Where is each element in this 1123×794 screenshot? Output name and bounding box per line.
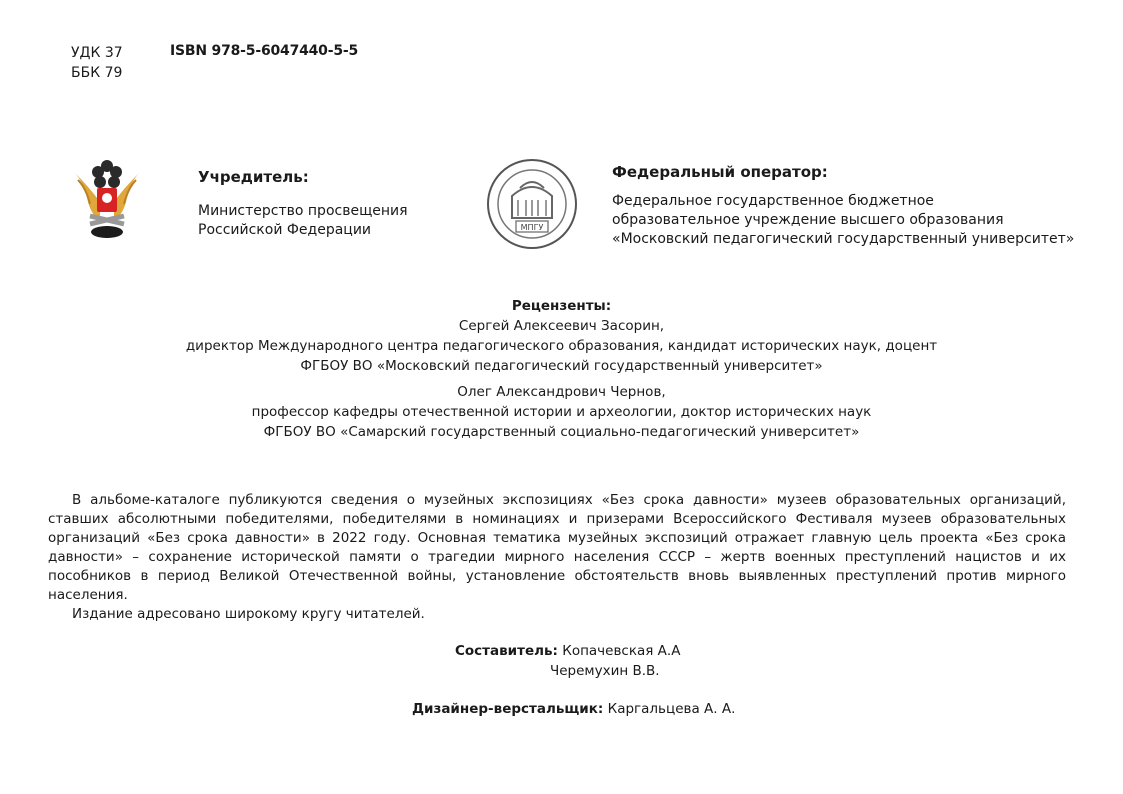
reviewer-org: ФГБОУ ВО «Московский педагогический госу… [0, 356, 1123, 376]
abstract: В альбоме-каталоге публикуются сведения … [48, 491, 1066, 624]
reviewer-org: ФГБОУ ВО «Самарский государственный соци… [0, 422, 1123, 442]
reviewer-name: Сергей Алексеевич Засорин, [0, 316, 1123, 336]
reviewer-position: профессор кафедры отечественной истории … [0, 402, 1123, 422]
founder-title: Учредитель: [198, 168, 309, 186]
bibliographic-codes: УДК 37 ББК 79 [71, 43, 123, 83]
reviewers-title: Рецензенты: [0, 296, 1123, 316]
operator-title: Федеральный оператор: [612, 163, 828, 181]
designer-label: Дизайнер-верстальщик: [412, 701, 603, 717]
mpgu-seal-icon: МПГУ [486, 158, 578, 250]
founder-name: Министерство просвещения Российской Феде… [198, 202, 408, 240]
abstract-paragraph: В альбоме-каталоге публикуются сведения … [48, 491, 1066, 605]
reviewer-name: Олег Александрович Чернов, [0, 382, 1123, 402]
compiler-name: Черемухин В.В. [550, 663, 660, 679]
russian-emblem-icon [70, 158, 144, 240]
seal-text: МПГУ [521, 223, 544, 232]
operator-name: Федеральное государственное бюджетное об… [612, 192, 1074, 249]
founder-line: Российской Федерации [198, 221, 408, 240]
bbk-code: ББК 79 [71, 63, 123, 83]
operator-line: образовательное учреждение высшего образ… [612, 211, 1074, 230]
compiler-label: Составитель: [455, 643, 558, 659]
operator-line: Федеральное государственное бюджетное [612, 192, 1074, 211]
reviewer-position: директор Международного центра педагогич… [0, 336, 1123, 356]
compiler-name: Копачевская А.А [562, 643, 680, 659]
abstract-paragraph: Издание адресовано широкому кругу читате… [48, 605, 1066, 624]
isbn: ISBN 978-5-6047440-5-5 [170, 43, 358, 59]
reviewers-block: Рецензенты: Сергей Алексеевич Засорин, д… [0, 296, 1123, 442]
founder-line: Министерство просвещения [198, 202, 408, 221]
operator-line: «Московский педагогический государственн… [612, 230, 1074, 249]
designer-name: Каргальцева А. А. [608, 701, 736, 717]
udk-code: УДК 37 [71, 43, 123, 63]
